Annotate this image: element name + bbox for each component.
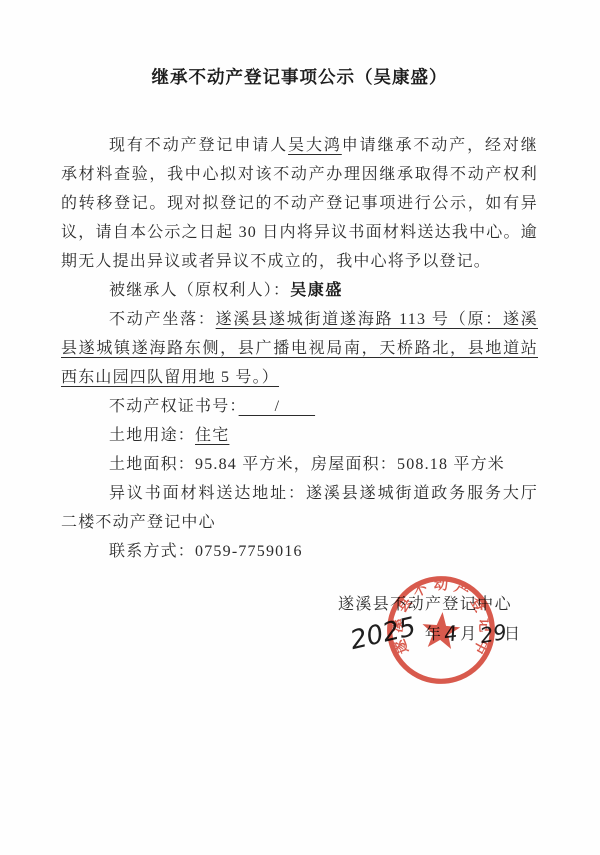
contact-number: 0759-7759016 <box>195 543 303 560</box>
land-use-label: 土地用途： <box>109 427 195 444</box>
objection-address-label: 异议书面材料送达地址： <box>109 485 306 502</box>
certificate-number-line: 不动产权证书号： / <box>61 392 538 421</box>
land-use-value-underlined: 住宅 <box>195 427 229 444</box>
location-label: 不动产坐落： <box>109 311 216 328</box>
certificate-blank-slash: / <box>239 398 315 415</box>
signature-block: 遂溪县不动产登记中心 2025年4月29日 <box>61 590 538 650</box>
objection-address-line: 异议书面材料送达地址：遂溪县遂城街道政务服务大厅二楼不动产登记中心 <box>61 479 538 537</box>
year-unit: 年 <box>425 620 441 650</box>
contact-line: 联系方式：0759-7759016 <box>61 537 538 566</box>
notice-text-before: 现有不动产登记申请人 <box>109 137 288 154</box>
issue-date-line: 2025年4月29日 <box>61 619 538 650</box>
handwritten-year: 2025 <box>347 612 418 656</box>
area-line: 土地面积：95.84 平方米，房屋面积：508.18 平方米 <box>61 450 538 479</box>
document-content: 继承不动产登记事项公示（吴康盛） 现有不动产登记申请人吴大鸿申请继承不动产，经对… <box>61 56 538 650</box>
land-use-line: 土地用途：住宅 <box>61 421 538 450</box>
handwritten-month: 4 <box>442 618 459 649</box>
certificate-label: 不动产权证书号： <box>109 398 239 415</box>
document-title: 继承不动产登记事项公示（吴康盛） <box>61 64 538 89</box>
issuing-authority-name: 遂溪县不动产登记中心 <box>61 590 538 619</box>
notice-text-after: 申请继承不动产，经对继承材料查验，我中心拟对该不动产办理因继承取得不动产权利的转… <box>61 137 538 270</box>
property-location-line: 不动产坐落：遂溪县遂城街道遂海路 113 号（原：遂溪县遂城镇遂海路东侧，县广播… <box>61 305 538 392</box>
handwritten-day: 29 <box>478 617 510 651</box>
decedent-name: 吴康盛 <box>290 282 343 299</box>
decedent-line: 被继承人（原权利人）：吴康盛 <box>61 276 538 305</box>
applicant-name-underlined: 吴大鸿 <box>288 137 342 154</box>
decedent-label: 被继承人（原权利人）： <box>109 282 290 299</box>
scanned-notice-page: 继承不动产登记事项公示（吴康盛） 现有不动产登记申请人吴大鸿申请继承不动产，经对… <box>0 0 600 855</box>
month-unit: 月 <box>460 620 476 650</box>
notice-paragraph: 现有不动产登记申请人吴大鸿申请继承不动产，经对继承材料查验，我中心拟对该不动产办… <box>61 131 538 276</box>
contact-label: 联系方式： <box>109 543 195 560</box>
